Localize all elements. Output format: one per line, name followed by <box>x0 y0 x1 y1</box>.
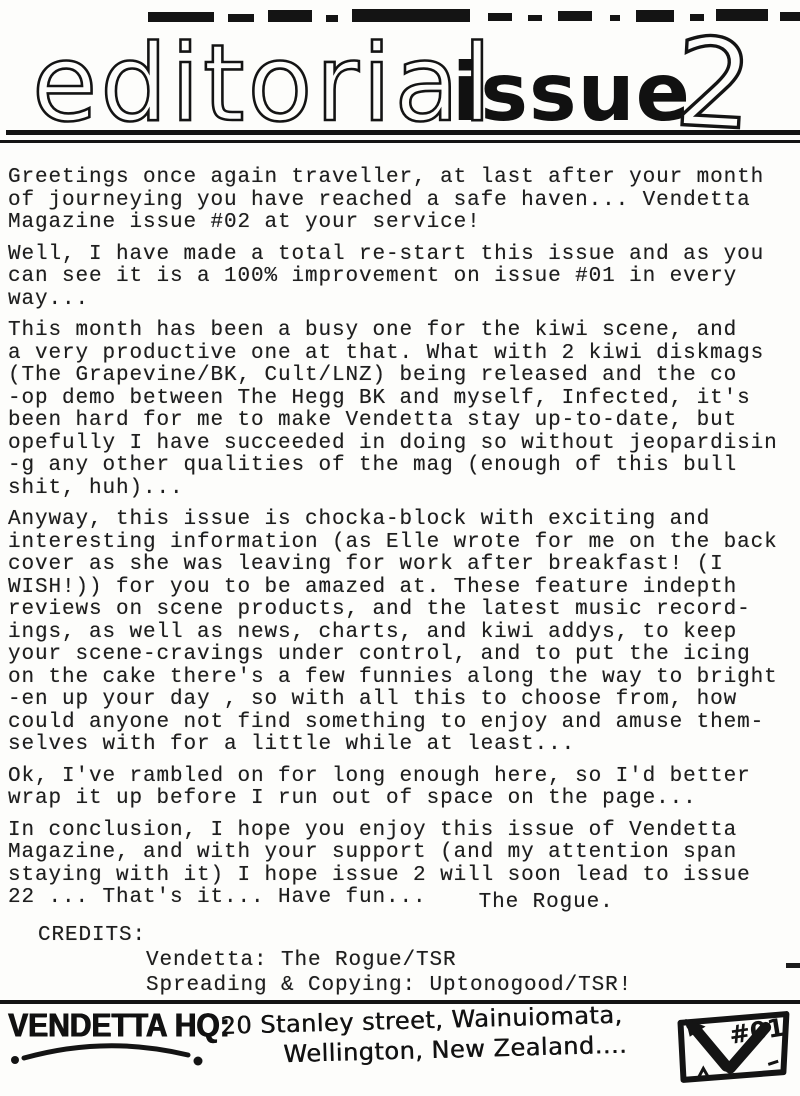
paragraph-line: -op demo between The Hegg BK and myself,… <box>8 387 751 410</box>
paragraph-line: selves with for a little while at least.… <box>8 733 575 756</box>
paragraph-line: a very productive one at that. What with… <box>8 342 764 365</box>
issue-stamp: #01 <box>673 1010 792 1090</box>
paragraph-line: Anyway, this issue is chocka-block with … <box>8 508 710 531</box>
paragraph-line: (The Grapevine/BK, Cult/LNZ) being relea… <box>8 364 737 387</box>
paragraph: This month has been a busy one for the k… <box>8 320 798 500</box>
credits-heading: CREDITS: <box>38 923 800 948</box>
paragraph-line: This month has been a busy one for the k… <box>8 319 737 342</box>
paragraph-line: Magazine issue #02 at your service! <box>8 211 481 234</box>
paragraph: Anyway, this issue is chocka-block with … <box>8 509 798 757</box>
title-issue-number: 2 <box>672 11 757 150</box>
paragraph-line: 22 ... That's it... Have fun... <box>8 886 427 909</box>
paragraph: Greetings once again traveller, at last … <box>8 167 798 235</box>
paragraph-line: of journeying you have reached a safe ha… <box>8 189 751 212</box>
hq-address: 20 Stanley street, Wainuiomata, Wellingt… <box>220 996 676 1071</box>
paragraph-line: way... <box>8 288 89 311</box>
paragraph-line: on the cake there's a few funnies along … <box>8 666 778 689</box>
paragraph-line: ings, as well as news, charts, and kiwi … <box>8 621 737 644</box>
paragraph-line: shit, huh)... <box>8 477 184 500</box>
paragraph: Well, I have made a total re-start this … <box>8 244 798 312</box>
paragraph-line: Greetings once again traveller, at last … <box>8 166 764 189</box>
title-word-issue: issue <box>452 46 691 139</box>
credits-section: CREDITS: Vendetta: The Rogue/TSR Spreadi… <box>0 923 800 998</box>
paragraph-line: been hard for me to make Vendetta stay u… <box>8 409 737 432</box>
paragraph-line: opefully I have succeeded in doing so wi… <box>8 432 778 455</box>
paragraph-line: WISH!)) for you to be amazed at. These f… <box>8 576 737 599</box>
vendetta-hq-label: VENDETTA HQ: <box>0 1009 220 1068</box>
paragraph-line: Well, I have made a total re-start this … <box>8 243 764 266</box>
credits-line: Spreading & Copying: Uptonogood/TSR! <box>146 973 800 998</box>
underline-swoosh-icon <box>8 1042 204 1068</box>
paragraph-line: reviews on scene products, and the lates… <box>8 598 751 621</box>
zine-page: editorial issue 2 Greetings once again t… <box>0 0 800 1096</box>
paragraph-line: Ok, I've rambled on for long enough here… <box>8 765 751 788</box>
footer-hq: VENDETTA HQ: 20 Stanley street, Wainuiom… <box>0 1000 800 1096</box>
paragraph-line: your scene-cravings under control, and t… <box>8 643 751 666</box>
paragraph-line: cover as she was leaving for work after … <box>8 553 724 576</box>
paragraph-line: -en up your day , so with all this to ch… <box>8 688 737 711</box>
paragraph-line: could anyone not find something to enjoy… <box>8 711 764 734</box>
credits-line: Vendetta: The Rogue/TSR <box>146 948 800 973</box>
scan-artifact-dash <box>786 963 800 968</box>
paragraph-line: can see it is a 100% improvement on issu… <box>8 265 737 288</box>
paragraph-line: -g any other qualities of the mag (enoug… <box>8 454 737 477</box>
paragraph-line: Magazine, and with your support (and my … <box>8 841 737 864</box>
paragraph: In conclusion, I hope you enjoy this iss… <box>8 820 798 910</box>
hq-label-text: VENDETTA HQ: <box>8 1009 220 1044</box>
paragraph-line: staying with it) I hope issue 2 will soo… <box>8 864 751 887</box>
masthead: editorial issue 2 <box>0 0 800 150</box>
signature: The Rogue. <box>479 892 614 915</box>
paragraph-line: In conclusion, I hope you enjoy this iss… <box>8 819 737 842</box>
paragraph: Ok, I've rambled on for long enough here… <box>8 766 798 811</box>
paragraph-line: interesting information (as Elle wrote f… <box>8 531 778 554</box>
editorial-body: Greetings once again traveller, at last … <box>8 167 798 910</box>
paragraph-line: wrap it up before I run out of space on … <box>8 787 697 810</box>
masthead-art: editorial issue 2 <box>0 0 800 150</box>
title-word-editorial: editorial <box>32 22 495 145</box>
